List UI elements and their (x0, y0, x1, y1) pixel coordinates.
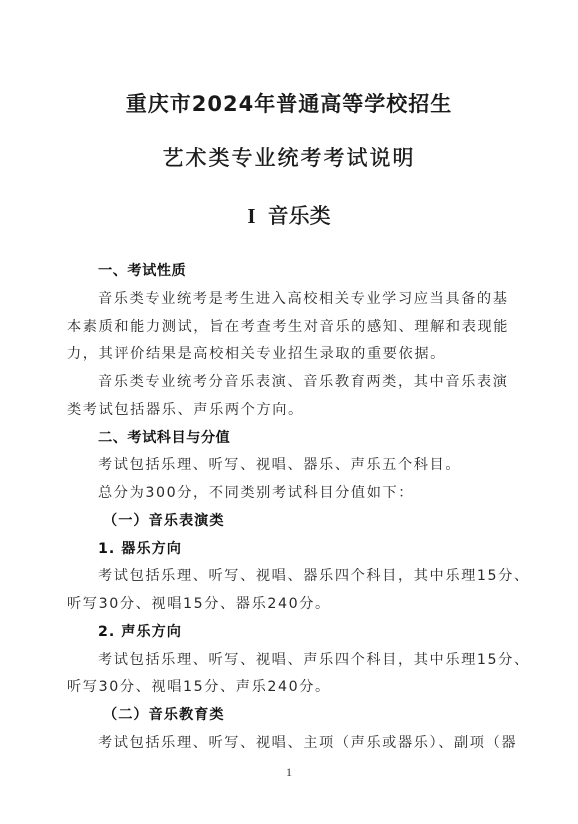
section-heading: I音乐类 (0, 200, 578, 230)
paragraph-line: 音乐类专业统考分音乐表演、音乐教育两类，其中音乐表演 (67, 369, 513, 397)
document-page: 重庆市2024年普通高等学校招生 艺术类专业统考考试说明 I音乐类 一、考试性质… (0, 0, 578, 824)
paragraph-line: 类考试包括器乐、声乐两个方向。 (67, 397, 513, 425)
section-roman-numeral: I (247, 204, 255, 228)
document-title-line-1: 重庆市2024年普通高等学校招生 (0, 88, 578, 118)
paragraph-line: 听写30分、视唱15分、器乐240分。 (67, 591, 513, 619)
heading-music-performance: （一）音乐表演类 (67, 508, 513, 536)
page-number: 1 (0, 765, 578, 780)
paragraph-line: 考试包括乐理、听写、视唱、器乐四个科目，其中乐理15分、 (67, 563, 513, 591)
paragraph-line: 听写30分、视唱15分、声乐240分。 (67, 674, 513, 702)
paragraph-line: 力，其评价结果是高校相关专业招生录取的重要依据。 (67, 341, 513, 369)
paragraph-line: 音乐类专业统考是考生进入高校相关专业学习应当具备的基 (67, 286, 513, 314)
paragraph-line: 考试包括乐理、听写、视唱、主项（声乐或器乐）、副项（器 (67, 730, 513, 758)
heading-instrumental: 1. 器乐方向 (67, 536, 513, 564)
section-title: 音乐类 (268, 204, 331, 228)
heading-exam-nature: 一、考试性质 (67, 258, 513, 286)
document-title-line-2: 艺术类专业统考考试说明 (0, 142, 578, 172)
paragraph-line: 考试包括乐理、听写、视唱、声乐四个科目，其中乐理15分、 (67, 647, 513, 675)
heading-vocal: 2. 声乐方向 (67, 619, 513, 647)
paragraph-line: 总分为300分，不同类别考试科目分值如下： (67, 480, 513, 508)
paragraph-line: 考试包括乐理、听写、视唱、器乐、声乐五个科目。 (67, 452, 513, 480)
heading-subjects-scores: 二、考试科目与分值 (67, 425, 513, 453)
document-body: 一、考试性质 音乐类专业统考是考生进入高校相关专业学习应当具备的基 本素质和能力… (67, 258, 513, 758)
paragraph-line: 本素质和能力测试，旨在考查考生对音乐的感知、理解和表现能 (67, 314, 513, 342)
heading-music-education: （二）音乐教育类 (67, 702, 513, 730)
